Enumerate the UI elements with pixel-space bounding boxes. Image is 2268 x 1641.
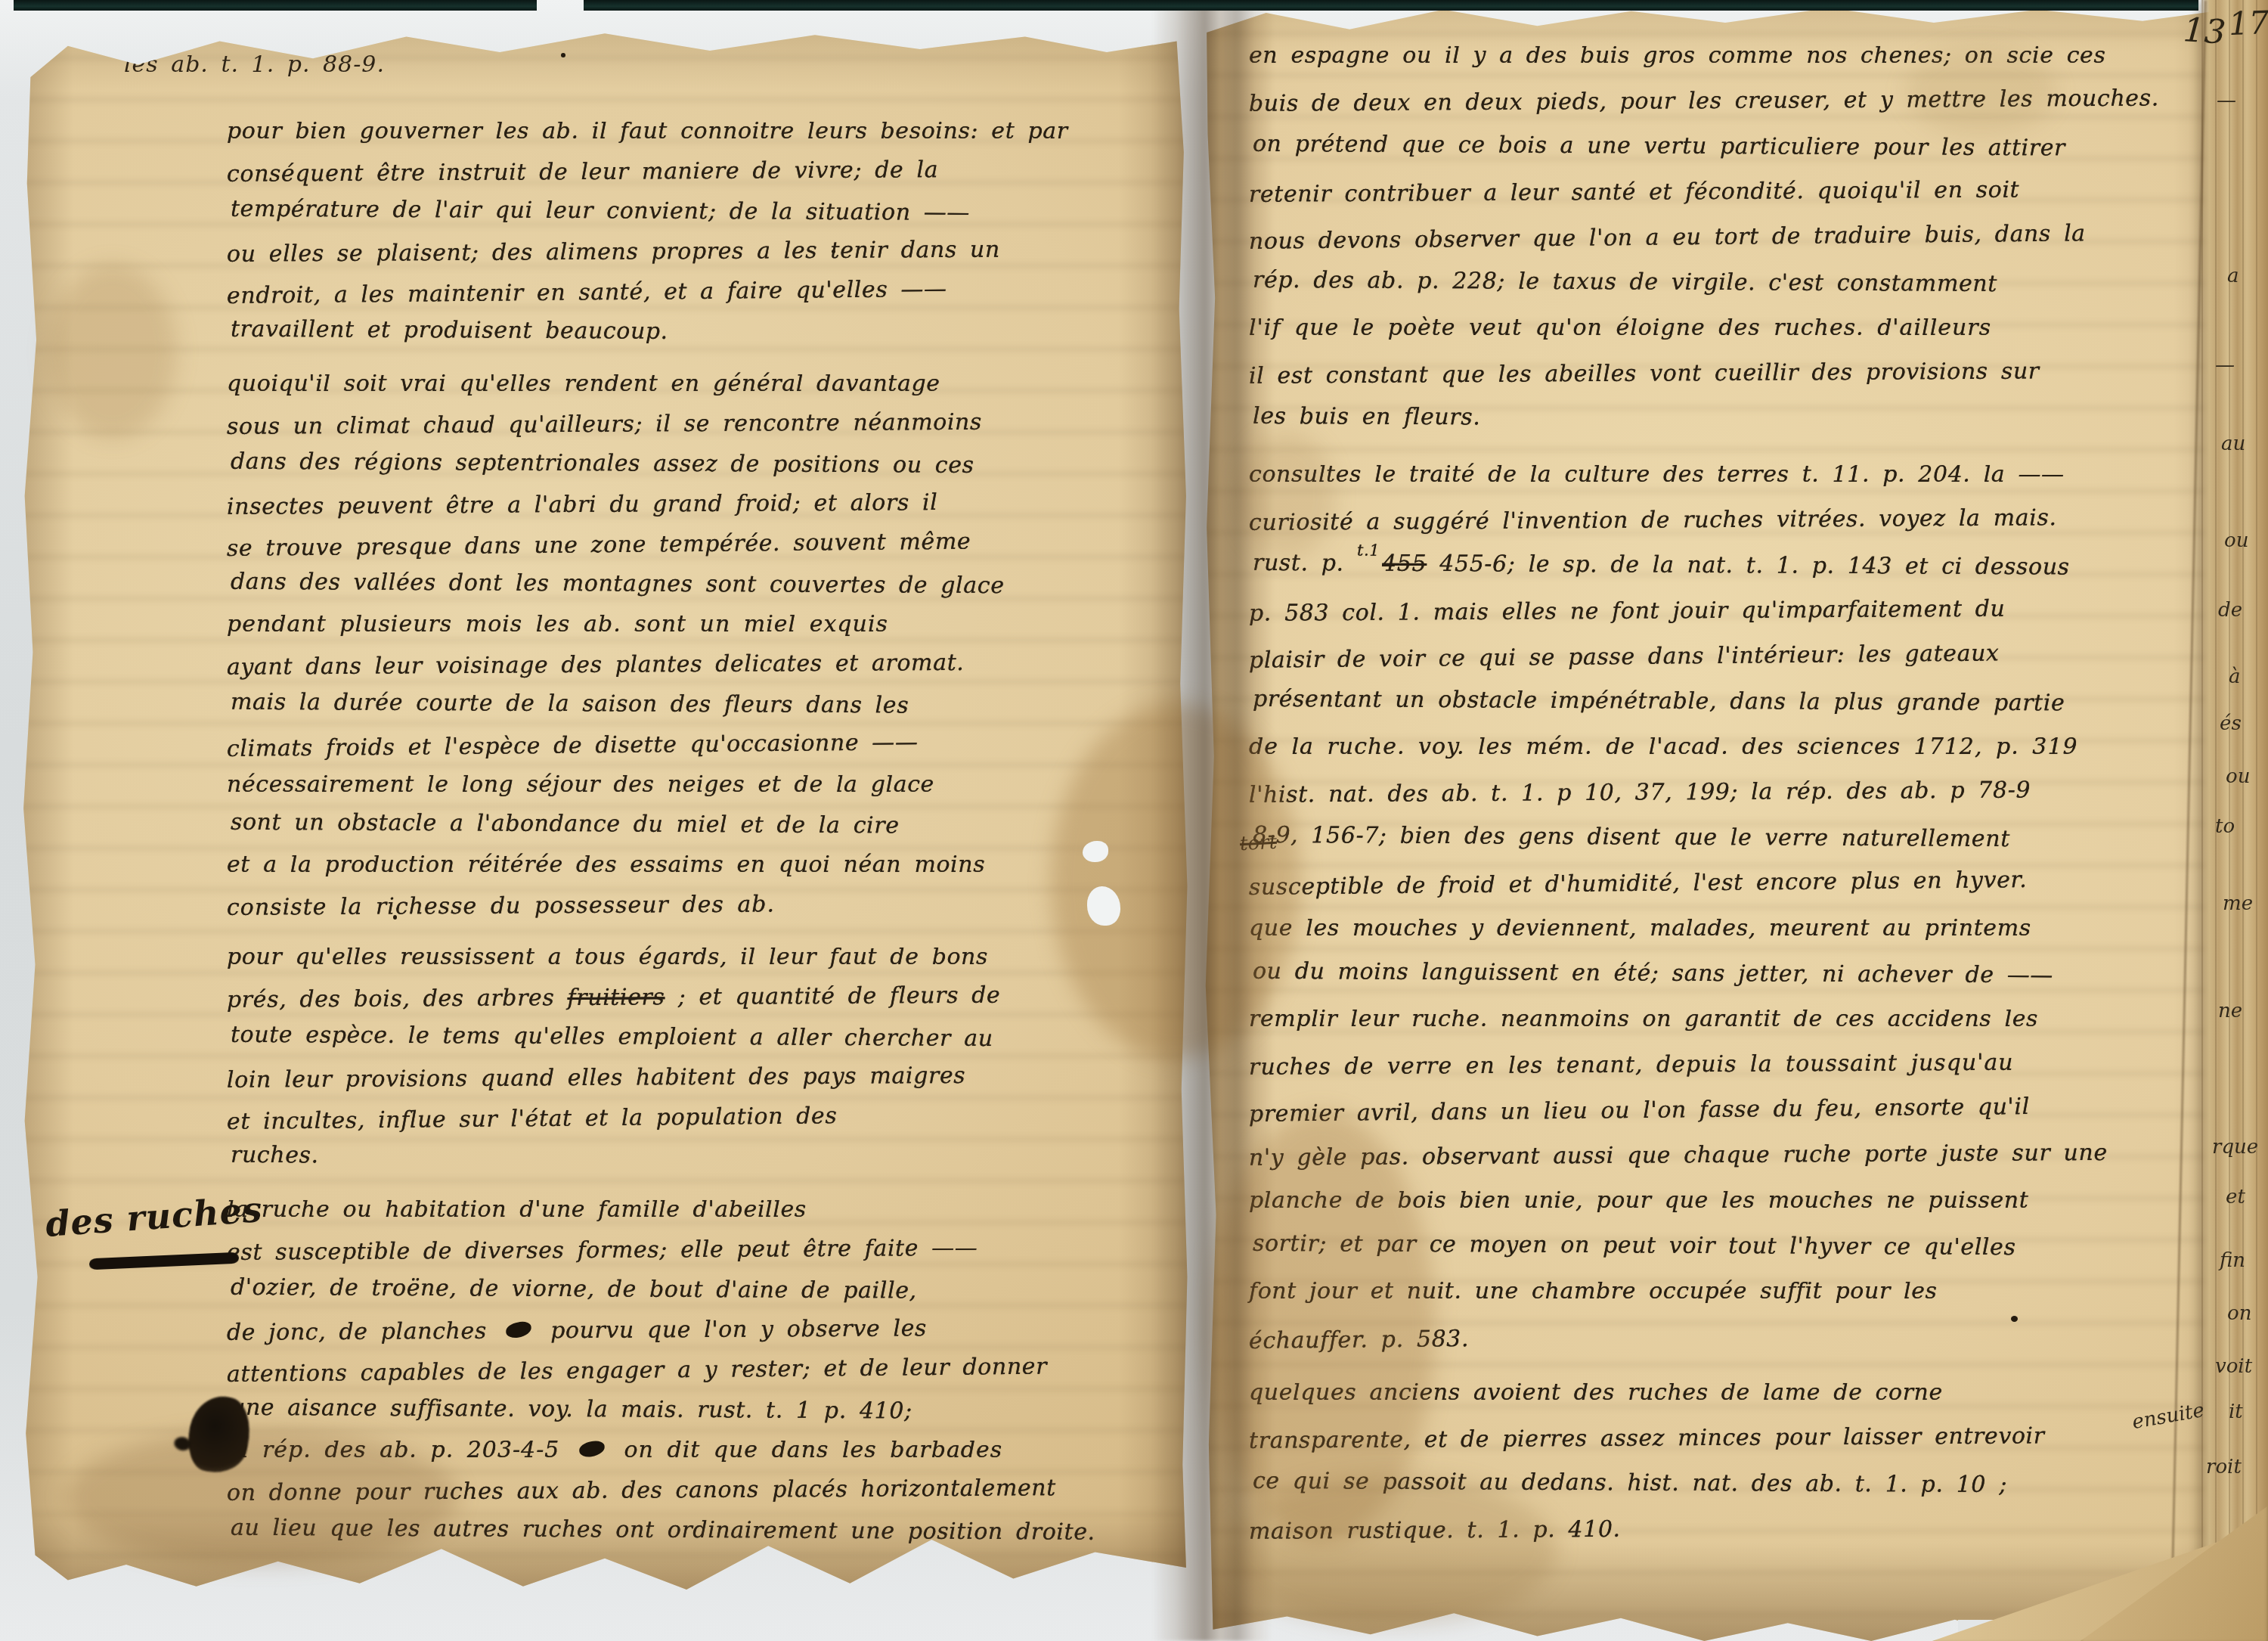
manuscript-line: que les mouches y deviennent, malades, m… xyxy=(1249,906,2175,951)
manuscript-line: nous devons observer que l'on a eu tort … xyxy=(1249,210,2176,265)
manuscript-line: l'hist. nat. des ab. t. 1. p 10, 37, 199… xyxy=(1249,767,2175,817)
manuscript-line: attentions capables de les engager a y r… xyxy=(227,1345,1167,1394)
manuscript-line: insectes peuvent être a l'abri du grand … xyxy=(227,481,1167,527)
manuscript-line: ou elles se plaisent; des alimens propre… xyxy=(227,228,1167,275)
manuscript-line: au lieu que les autres ruches ont ordina… xyxy=(231,1508,1171,1553)
manuscript-line: maison rustique. t. 1. p. 410. xyxy=(1249,1503,2175,1554)
manuscript-line: climats froids et l'espèce de disette qu… xyxy=(227,720,1167,769)
margin-note-tort: tort xyxy=(1239,831,1277,856)
manuscript-line: loin leur provisions quand elles habiten… xyxy=(227,1054,1167,1100)
manuscript-line: curiosité a suggéré l'invention de ruche… xyxy=(1249,495,2175,545)
manuscript-line: n'y gèle pas. observant aussi que chaque… xyxy=(1249,1130,2175,1180)
manuscript-line: dans des régions septentrionales assez d… xyxy=(231,442,1171,487)
ink-speck xyxy=(393,915,397,920)
manuscript-line: ou du moins languissent en été; sans jet… xyxy=(1253,949,2179,999)
manuscript-line: quoiqu'il soit vrai qu'elles rendent en … xyxy=(227,364,1167,404)
manuscript-line: pour qu'elles reussissent a tous égards,… xyxy=(227,937,1167,977)
manuscript-line: 8-9, 156-7; bien des gens disent que le … xyxy=(1253,813,2179,863)
manuscript-line: nécessairement le long séjour des neiges… xyxy=(227,765,1167,805)
manuscript-line: sont un obstacle a l'abondance du miel e… xyxy=(231,802,1171,848)
manuscript-line: rust. p. t.1455 455-6; le sp. de la nat.… xyxy=(1253,541,2179,591)
right-page: en espagne ou il y a des buis gros comme… xyxy=(1204,3,2247,1641)
edge-text-fragment: de xyxy=(2218,599,2242,622)
manuscript-line: en espagne ou il y a des buis gros comme… xyxy=(1249,33,2175,79)
manuscript-line: et incultes, influe sur l'état et la pop… xyxy=(227,1093,1167,1142)
manuscript-line: planche de bois bien unie, pour que les … xyxy=(1249,1178,2175,1224)
manuscript-line: les buis en fleurs. xyxy=(1253,394,2179,444)
manuscript-line: toute espèce. le tems qu'elles emploient… xyxy=(231,1015,1171,1060)
edge-text-fragment: au xyxy=(2221,433,2245,455)
edge-text-fragment: ou xyxy=(2224,529,2248,552)
edge-text-fragment: fin xyxy=(2220,1249,2245,1272)
edge-text-fragment: it xyxy=(2229,1401,2243,1423)
left-page: les ab. t. 1. p. 88-9. pour bien gouvern… xyxy=(21,27,1188,1590)
edge-text-fragment: à xyxy=(2229,665,2241,688)
manuscript-line: mais la durée courte de la saison des fl… xyxy=(231,682,1171,727)
manuscript-line: retenir contribuer a leur santé et fécon… xyxy=(1249,166,2175,217)
page-number-17: 17 xyxy=(2228,4,2268,42)
manuscript-line: travaillent et produisent beaucoup. xyxy=(231,309,1171,355)
interline-note: t.1 xyxy=(1357,541,1380,560)
manuscript-line: échauffer. p. 583. xyxy=(1249,1310,2176,1364)
paragraph: quoiqu'il soit vrai qu'elles rendent en … xyxy=(227,364,1167,925)
paragraph: quelques anciens avoient des ruches de l… xyxy=(1249,1370,2175,1552)
edge-text-fragment: on xyxy=(2227,1302,2251,1325)
paragraph: consultes le traité de la culture des te… xyxy=(1249,452,2175,1360)
manuscript-line: présentant un obstacle impénétrable, dan… xyxy=(1253,677,2179,727)
manuscript-line: de jonc, de planches pourvu que l'on y o… xyxy=(227,1307,1167,1353)
manuscript-line: dans des vallées dont les montagnes sont… xyxy=(231,562,1171,607)
manuscript-line: de la ruche. voy. les mém. de l'acad. de… xyxy=(1249,724,2175,770)
manuscript-line: sous un climat chaud qu'ailleurs; il se … xyxy=(227,401,1167,447)
edge-text-fragment: ne xyxy=(2218,1000,2242,1022)
manuscript-line: ce qui se passoit au dedans. hist. nat. … xyxy=(1253,1459,2179,1509)
edge-text-fragment: a xyxy=(2227,265,2239,287)
scanner-lid-strip xyxy=(14,0,537,11)
right-page-paragraphs: en espagne ou il y a des buis gros comme… xyxy=(1249,33,2175,1552)
edge-text-fragment: ou xyxy=(2226,765,2250,788)
manuscript-line: et a la production réitérée des essaims … xyxy=(227,845,1167,885)
manuscript-line: la ruche ou habitation d'une famille d'a… xyxy=(227,1190,1167,1230)
manuscript-line: ruches de verre en les tenant, depuis la… xyxy=(1249,1039,2175,1090)
edge-text-fragment: rque xyxy=(2212,1136,2258,1159)
manuscript-line: d'ozier, de troëne, de viorne, de bout d… xyxy=(231,1267,1171,1313)
manuscript-line: ayant dans leur voisinage des plantes de… xyxy=(227,641,1167,687)
right-page-text: en espagne ou il y a des buis gros comme… xyxy=(1204,3,2247,1641)
paragraph: en espagne ou il y a des buis gros comme… xyxy=(1249,33,2175,442)
manuscript-line: quelques anciens avoient des ruches de l… xyxy=(1249,1370,2175,1416)
edge-text-fragment: to xyxy=(2215,815,2235,838)
left-page-paragraphs: pour bien gouverner les ab. il faut conn… xyxy=(227,111,1167,1550)
page-number-13: 13 xyxy=(2182,11,2226,52)
manuscript-line: endroit, a les maintenir en santé, et a … xyxy=(227,267,1167,316)
manuscript-line: une aisance suffisante. voy. la mais. ru… xyxy=(231,1388,1171,1433)
struck-word: 455 xyxy=(1382,551,1427,577)
manuscript-line: remplir leur ruche. neanmoins on garanti… xyxy=(1249,997,2175,1042)
ink-correction-blob xyxy=(505,1320,533,1339)
worm-hole xyxy=(1083,841,1108,862)
manuscript-line: consiste la richesse du possesseur des a… xyxy=(227,882,1167,928)
manuscript-line: ruches. xyxy=(231,1135,1171,1180)
manuscript-line: l'if que le poète veut qu'on éloigne des… xyxy=(1249,306,2175,351)
manuscript-line: susceptible de froid et d'humidité, l'es… xyxy=(1249,856,2176,910)
manuscript-line: est susceptible de diverses formes; elle… xyxy=(227,1227,1167,1273)
left-page-text: les ab. t. 1. p. 88-9. pour bien gouvern… xyxy=(21,27,1188,1590)
manuscript-line: la rép. des ab. p. 203-4-5 on dit que da… xyxy=(227,1430,1167,1470)
manuscript-line: pour bien gouverner les ab. il faut conn… xyxy=(227,111,1167,151)
edge-text-fragment: és xyxy=(2220,712,2242,735)
manuscript-line: température de l'air qui leur convient; … xyxy=(231,189,1171,234)
edge-text-fragment: roit xyxy=(2206,1456,2242,1478)
manuscript-line: buis de deux en deux pieds, pour les cre… xyxy=(1249,76,2175,126)
edge-text-fragment: — xyxy=(2215,354,2235,377)
manuscript-line: consultes le traité de la culture des te… xyxy=(1249,452,2175,498)
manuscript-line: se trouve presque dans une zone tempérée… xyxy=(227,520,1167,569)
left-page-header: les ab. t. 1. p. 88-9. xyxy=(124,51,1167,78)
manuscript-line: conséquent être instruit de leur maniere… xyxy=(227,148,1167,194)
manuscript-line: on donne pour ruches aux ab. des canons … xyxy=(227,1467,1167,1513)
edge-text-fragment: me xyxy=(2223,892,2253,915)
manuscript-line: rép. des ab. p. 228; le taxus de virgile… xyxy=(1253,258,2179,308)
ink-speck xyxy=(2011,1316,2018,1322)
edge-text-fragment: voit xyxy=(2215,1355,2252,1378)
scanned-manuscript-spread: les ab. t. 1. p. 88-9. pour bien gouvern… xyxy=(0,0,2268,1641)
manuscript-line: on prétend que ce bois a une vertu parti… xyxy=(1253,122,2179,172)
manuscript-line: p. 583 col. 1. mais elles ne font jouir … xyxy=(1249,585,2175,636)
ink-correction-blob xyxy=(578,1440,606,1459)
manuscript-line: plaisir de voir ce qui se passe dans l'i… xyxy=(1249,629,2176,684)
ink-speck xyxy=(832,250,835,253)
ink-speck xyxy=(561,53,565,57)
manuscript-line: transparente, et de pierres assez minces… xyxy=(1249,1413,2175,1463)
edge-text-fragment: — xyxy=(2217,89,2236,112)
paragraph: pour bien gouverner les ab. il faut conn… xyxy=(227,111,1167,352)
paragraph: pour qu'elles reussissent a tous égards,… xyxy=(227,937,1167,1177)
manuscript-line: sortir; et par ce moyen on peut voir tou… xyxy=(1253,1221,2179,1271)
manuscript-line: premier avril, dans un lieu ou l'on fass… xyxy=(1249,1083,2176,1137)
paragraph: la ruche ou habitation d'une famille d'a… xyxy=(227,1190,1167,1550)
manuscript-line: font jour et nuit. une chambre occupée s… xyxy=(1249,1269,2175,1314)
scanner-lid-strip xyxy=(584,0,2198,11)
manuscript-line: pendant plusieurs mois les ab. sont un m… xyxy=(227,604,1167,644)
manuscript-line: il est constant que les abeilles vont cu… xyxy=(1249,348,2175,399)
struck-word: fruitiers xyxy=(567,984,665,1011)
edge-text-fragment: et xyxy=(2226,1186,2245,1208)
manuscript-line: prés, des bois, des arbres fruitiers ; e… xyxy=(227,974,1167,1020)
